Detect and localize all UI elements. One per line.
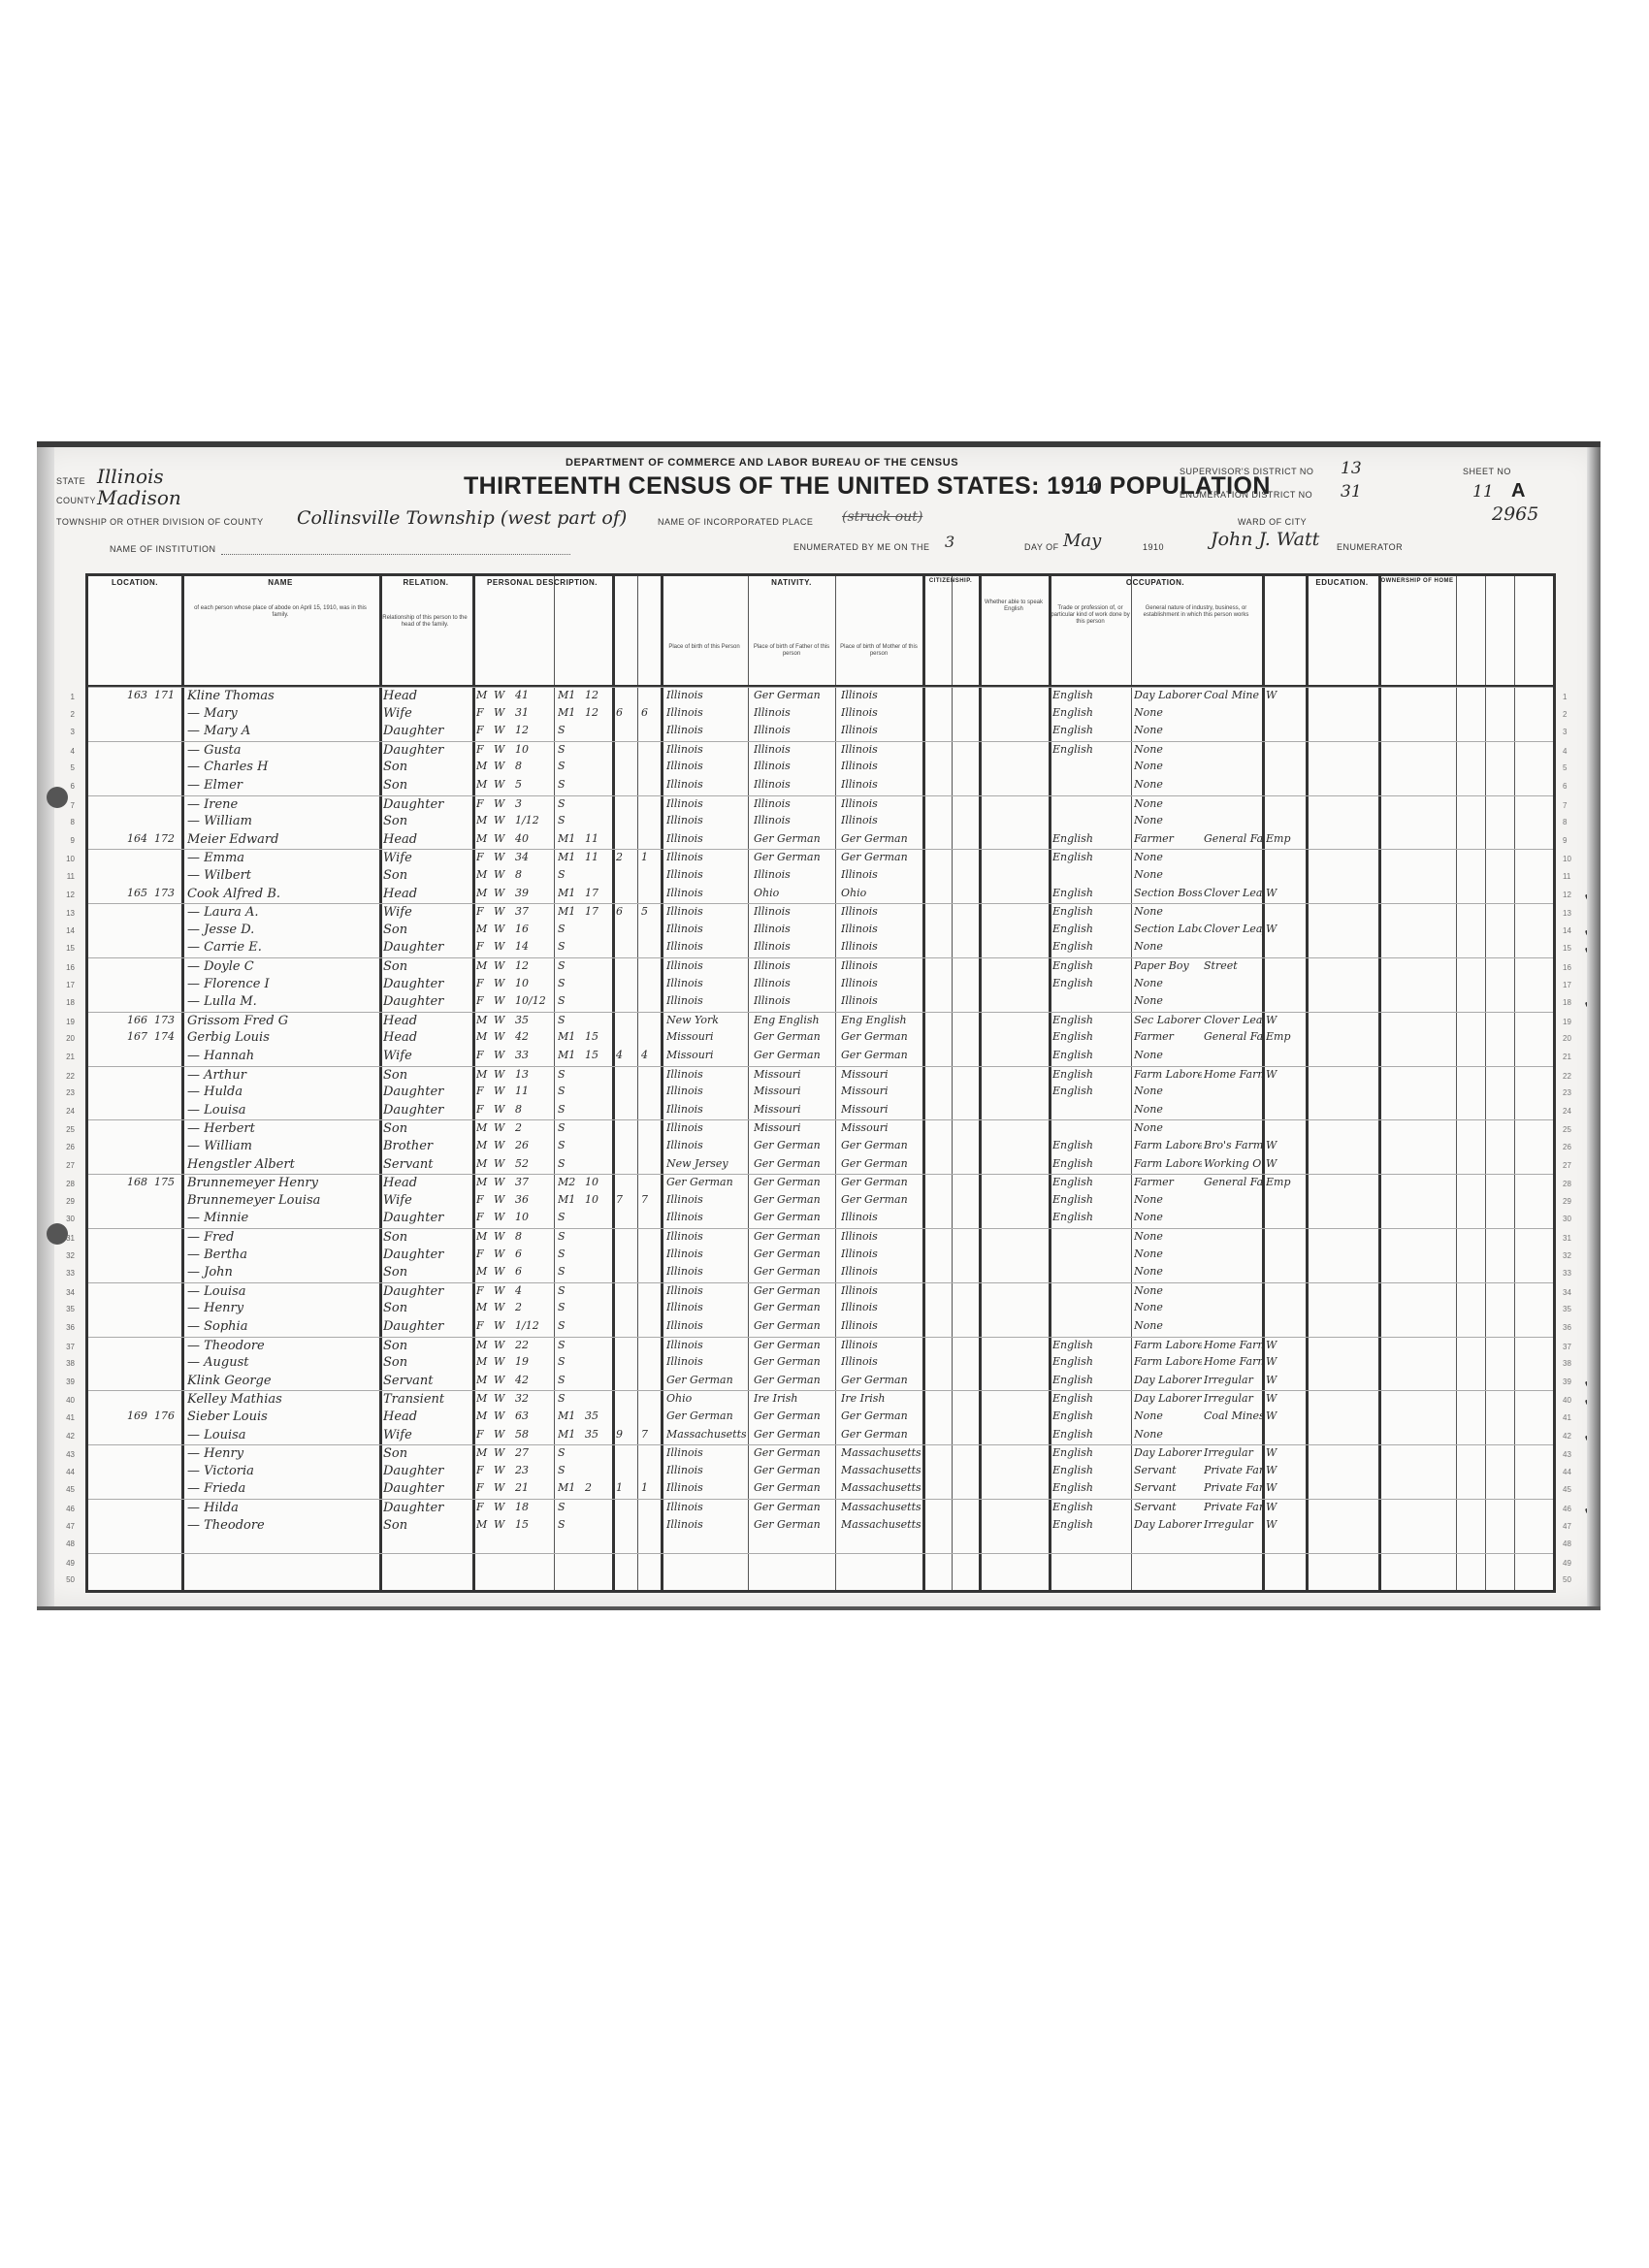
line-number: 48 xyxy=(48,1539,75,1548)
birth-father-header: Place of birth of Father of this person xyxy=(750,644,833,658)
industry-emp: W xyxy=(1266,689,1305,701)
line-number: 1 xyxy=(48,693,75,701)
sheet-label: Sheet No xyxy=(1463,467,1511,476)
birthplace-father: Ger German xyxy=(754,1481,833,1494)
group-personal: PERSONAL DESCRIPTION. xyxy=(472,578,612,587)
line-number: 17 xyxy=(48,981,75,989)
sex: M xyxy=(476,689,492,701)
line-number-right: 36 xyxy=(1563,1323,1582,1332)
line-number-right: 8 xyxy=(1563,818,1582,826)
age: 31 xyxy=(515,706,552,719)
marital-status: S xyxy=(558,923,581,935)
industry-emp: W xyxy=(1266,1139,1305,1151)
age: 13 xyxy=(515,1068,552,1081)
person-name: Grissom Fred G xyxy=(187,1014,377,1028)
enumerated-label: Enumerated by me on the xyxy=(793,542,930,552)
census-sheet: State Illinois County Madison Township o… xyxy=(37,441,1600,1610)
birthplace-mother: Illinois xyxy=(841,814,921,826)
day-of-label: day of xyxy=(1024,542,1059,552)
birthplace-person: Illinois xyxy=(666,1265,746,1278)
age: 10/12 xyxy=(515,994,552,1007)
race: W xyxy=(494,1014,509,1026)
years-married: 10 xyxy=(585,1193,610,1206)
relation: Head xyxy=(383,689,470,703)
dwelling-number: 167 xyxy=(127,1030,152,1043)
line-number-right: 37 xyxy=(1563,1343,1582,1351)
birthplace-father: Ger German xyxy=(754,1319,833,1332)
line-number: 32 xyxy=(48,1251,75,1260)
state-label: State xyxy=(56,476,85,486)
birthplace-mother: Ger German xyxy=(841,1176,921,1188)
line-number: 23 xyxy=(48,1088,75,1097)
marital-status: S xyxy=(558,1374,581,1386)
language: English xyxy=(1052,977,1130,989)
age: 39 xyxy=(515,887,552,899)
industry: Private Family xyxy=(1204,1501,1262,1513)
age: 8 xyxy=(515,1103,552,1116)
table-row: 37 — Theodore Son M W 22 S Illinois Ger … xyxy=(88,1337,1553,1356)
line-number: 26 xyxy=(48,1143,75,1151)
years-married: 11 xyxy=(585,851,610,863)
sex: M xyxy=(476,1014,492,1026)
race: W xyxy=(494,1103,509,1116)
table-row: 49 49 xyxy=(88,1553,1553,1572)
trade: None xyxy=(1134,1121,1202,1134)
table-row: 19 166 173 Grissom Fred G Head M W 35 S … xyxy=(88,1012,1553,1031)
person-name: — Louisa xyxy=(187,1284,377,1299)
race: W xyxy=(494,887,509,899)
line-number-right: 32 xyxy=(1563,1251,1582,1260)
marital-status: S xyxy=(558,724,581,736)
trade: None xyxy=(1134,1265,1202,1278)
race: W xyxy=(494,851,509,863)
race: W xyxy=(494,905,509,918)
age: 11 xyxy=(515,1085,552,1097)
birthplace-mother: Illinois xyxy=(841,1355,921,1368)
age: 41 xyxy=(515,689,552,701)
person-name: — Mary xyxy=(187,706,377,721)
birthplace-father: Illinois xyxy=(754,760,833,772)
person-name: — Herbert xyxy=(187,1121,377,1136)
birthplace-father: Missouri xyxy=(754,1103,833,1116)
marital-status: S xyxy=(558,977,581,989)
department-title: DEPARTMENT OF COMMERCE AND LABOR BUREAU … xyxy=(566,457,958,469)
table-row: 48 48 xyxy=(88,1535,1553,1553)
birthplace-mother: Ger German xyxy=(841,1409,921,1422)
table-row: 45 — Frieda Daughter F W 21 M1 2 1 1 Ill… xyxy=(88,1480,1553,1499)
trade: Day Laborer xyxy=(1134,689,1202,701)
birthplace-mother: Illinois xyxy=(841,905,921,918)
birthplace-father: Ger German xyxy=(754,1409,833,1422)
sex: F xyxy=(476,797,492,810)
table-row: 23 — Hulda Daughter F W 11 S Illinois Mi… xyxy=(88,1084,1553,1102)
trade: Farmer xyxy=(1134,832,1202,845)
children-born: 1 xyxy=(616,1481,635,1494)
birthplace-father: Missouri xyxy=(754,1121,833,1134)
dwelling-number: 168 xyxy=(127,1176,152,1188)
dwelling-number: 166 xyxy=(127,1014,152,1026)
line-number-right: 47 xyxy=(1563,1522,1582,1531)
line-number-right: 38 xyxy=(1563,1359,1582,1368)
industry: Irregular xyxy=(1204,1374,1262,1386)
language: English xyxy=(1052,1501,1130,1513)
children-living: 6 xyxy=(641,706,659,719)
race: W xyxy=(494,778,509,791)
census-title: THIRTEENTH CENSUS OF THE UNITED STATES: … xyxy=(464,472,1271,501)
age: 1/12 xyxy=(515,1319,552,1332)
years-married: 12 xyxy=(585,689,610,701)
line-number-right: 13 xyxy=(1563,909,1582,918)
birthplace-father: Illinois xyxy=(754,797,833,810)
children-living: 1 xyxy=(641,1481,659,1494)
race: W xyxy=(494,959,509,972)
industry-emp: W xyxy=(1266,1446,1305,1459)
sex: F xyxy=(476,1501,492,1513)
age: 6 xyxy=(515,1265,552,1278)
table-row: 21 — Hannah Wife F W 33 M1 15 4 4 Missou… xyxy=(88,1048,1553,1066)
line-number-right: 44 xyxy=(1563,1468,1582,1476)
sex: M xyxy=(476,868,492,881)
relation: Wife xyxy=(383,1193,470,1208)
age: 4 xyxy=(515,1284,552,1297)
language: English xyxy=(1052,1339,1130,1351)
sex: M xyxy=(476,1446,492,1459)
relation: Head xyxy=(383,1030,470,1045)
trade: None xyxy=(1134,1247,1202,1260)
industry-emp: W xyxy=(1266,1355,1305,1368)
person-name: — Laura A. xyxy=(187,905,377,920)
line-number: 16 xyxy=(48,963,75,972)
marital-status: M1 xyxy=(558,706,581,719)
trade: None xyxy=(1134,1428,1202,1441)
marital-status: S xyxy=(558,1211,581,1223)
table-row: 34 — Louisa Daughter F W 4 S Illinois Ge… xyxy=(88,1282,1553,1302)
birthplace-person: Illinois xyxy=(666,1339,746,1351)
birthplace-father: Ger German xyxy=(754,1230,833,1243)
age: 2 xyxy=(515,1301,552,1313)
birthplace-mother: Massachusetts xyxy=(841,1446,921,1459)
line-number: 50 xyxy=(48,1575,75,1584)
group-nativity: NATIVITY. xyxy=(661,578,922,587)
person-name: Gerbig Louis xyxy=(187,1030,377,1045)
race: W xyxy=(494,940,509,953)
relation: Head xyxy=(383,832,470,847)
sex: M xyxy=(476,814,492,826)
group-occupation: OCCUPATION. xyxy=(1049,578,1262,587)
years-married: 15 xyxy=(585,1030,610,1043)
line-number: 2 xyxy=(48,710,75,719)
trade: Day Laborer xyxy=(1134,1392,1202,1405)
sex: M xyxy=(476,959,492,972)
birthplace-mother: Illinois xyxy=(841,977,921,989)
birthplace-person: Illinois xyxy=(666,1284,746,1297)
sex: M xyxy=(476,760,492,772)
trade: None xyxy=(1134,868,1202,881)
age: 8 xyxy=(515,868,552,881)
ward-label: Ward of city xyxy=(1238,517,1307,527)
person-name: Meier Edward xyxy=(187,832,377,847)
line-number: 6 xyxy=(48,782,75,791)
marital-status: S xyxy=(558,1230,581,1243)
birthplace-person: Illinois xyxy=(666,1068,746,1081)
birthplace-mother: Illinois xyxy=(841,1230,921,1243)
industry: Coal Mine xyxy=(1204,689,1262,701)
person-name: — William xyxy=(187,814,377,828)
relation: Daughter xyxy=(383,977,470,991)
marital-status: M1 xyxy=(558,689,581,701)
sex: F xyxy=(476,1049,492,1061)
census-table: LOCATION. NAME RELATION. PERSONAL DESCRI… xyxy=(85,573,1556,1593)
age: 52 xyxy=(515,1157,552,1170)
table-row: 27 Hengstler Albert Servant M W 52 S New… xyxy=(88,1156,1553,1175)
line-number-right: 35 xyxy=(1563,1305,1582,1313)
age: 21 xyxy=(515,1481,552,1494)
industry-emp: W xyxy=(1266,1068,1305,1081)
line-number-right: 30 xyxy=(1563,1215,1582,1223)
birthplace-father: Ger German xyxy=(754,1139,833,1151)
race: W xyxy=(494,1464,509,1476)
birthplace-person: Illinois xyxy=(666,1139,746,1151)
industry: Irregular xyxy=(1204,1446,1262,1459)
race: W xyxy=(494,1139,509,1151)
trade: Day Laborer xyxy=(1134,1446,1202,1459)
marital-status: S xyxy=(558,940,581,953)
birthplace-father: Ger German xyxy=(754,1176,833,1188)
line-number-right: 41 xyxy=(1563,1413,1582,1422)
relation: Head xyxy=(383,887,470,901)
relation: Daughter xyxy=(383,1247,470,1262)
marital-status: M1 xyxy=(558,887,581,899)
language: English xyxy=(1052,1355,1130,1368)
relation: Son xyxy=(383,1265,470,1280)
relation: Son xyxy=(383,868,470,883)
line-number-right: 7 xyxy=(1563,801,1582,810)
language: English xyxy=(1052,887,1130,899)
race: W xyxy=(494,1085,509,1097)
birthplace-mother: Illinois xyxy=(841,1211,921,1223)
line-number: 41 xyxy=(48,1413,75,1422)
birthplace-father: Illinois xyxy=(754,959,833,972)
language: English xyxy=(1052,959,1130,972)
birthplace-mother: Illinois xyxy=(841,940,921,953)
line-number: 33 xyxy=(48,1269,75,1278)
county-label: County xyxy=(56,496,96,505)
person-name: — Bertha xyxy=(187,1247,377,1262)
line-number-right: 29 xyxy=(1563,1197,1582,1206)
age: 6 xyxy=(515,1247,552,1260)
trade: None xyxy=(1134,1211,1202,1223)
line-number-right: 11 xyxy=(1563,872,1582,881)
table-row: 13 — Laura A. Wife F W 37 M1 17 6 5 Illi… xyxy=(88,903,1553,923)
trade: None xyxy=(1134,778,1202,791)
industry: Home Farm xyxy=(1204,1339,1262,1351)
language: English xyxy=(1052,1392,1130,1405)
person-name: — Doyle C xyxy=(187,959,377,974)
sex: M xyxy=(476,1374,492,1386)
sex: F xyxy=(476,706,492,719)
birthplace-father: Ger German xyxy=(754,1211,833,1223)
language: English xyxy=(1052,1139,1130,1151)
birthplace-mother: Illinois xyxy=(841,923,921,935)
birthplace-father: Illinois xyxy=(754,778,833,791)
birthplace-person: Illinois xyxy=(666,724,746,736)
birthplace-father: Ger German xyxy=(754,1339,833,1351)
age: 32 xyxy=(515,1392,552,1405)
marital-status: S xyxy=(558,1301,581,1313)
enumerated-day: 3 xyxy=(945,533,954,551)
sex: F xyxy=(476,1284,492,1297)
birthplace-father: Illinois xyxy=(754,743,833,756)
enumerator-label: Enumerator xyxy=(1337,542,1403,552)
industry-emp: W xyxy=(1266,1518,1305,1531)
table-row: 6 — Elmer Son M W 5 S Illinois Illinois … xyxy=(88,777,1553,795)
relation: Daughter xyxy=(383,994,470,1009)
line-number-right: 23 xyxy=(1563,1088,1582,1097)
trade: None xyxy=(1134,1103,1202,1116)
industry-emp: W xyxy=(1266,1501,1305,1513)
trade: Farm Laborer xyxy=(1134,1157,1202,1170)
birthplace-mother: Illinois xyxy=(841,1339,921,1351)
trade: Farm Laborer xyxy=(1134,1139,1202,1151)
table-row: 4 — Gusta Daughter F W 10 S Illinois Ill… xyxy=(88,741,1553,761)
trade: Farm Laborer xyxy=(1134,1355,1202,1368)
birthplace-mother: Illinois xyxy=(841,959,921,972)
industry-emp: W xyxy=(1266,1409,1305,1422)
years-married: 35 xyxy=(585,1409,610,1422)
birthplace-father: Ger German xyxy=(754,1355,833,1368)
race: W xyxy=(494,1176,509,1188)
table-row: 43 — Henry Son M W 27 S Illinois Ger Ger… xyxy=(88,1444,1553,1464)
language: English xyxy=(1052,851,1130,863)
children-living: 7 xyxy=(641,1193,659,1206)
birthplace-mother: Missouri xyxy=(841,1068,921,1081)
age: 8 xyxy=(515,760,552,772)
relation: Son xyxy=(383,959,470,974)
sex: M xyxy=(476,1518,492,1531)
sex: F xyxy=(476,1481,492,1494)
line-number: 25 xyxy=(48,1125,75,1134)
language: English xyxy=(1052,832,1130,845)
birthplace-person: Illinois xyxy=(666,797,746,810)
group-citizenship: CITIZENSHIP. xyxy=(922,578,979,584)
relation: Son xyxy=(383,778,470,793)
line-number-right: 42 xyxy=(1563,1432,1582,1441)
table-row: 26 — William Brother M W 26 S Illinois G… xyxy=(88,1138,1553,1156)
line-number: 49 xyxy=(48,1559,75,1568)
birthplace-mother: Ger German xyxy=(841,1374,921,1386)
race: W xyxy=(494,977,509,989)
sex: F xyxy=(476,977,492,989)
sex: F xyxy=(476,1428,492,1441)
race: W xyxy=(494,760,509,772)
line-number: 27 xyxy=(48,1161,75,1170)
industry-emp: W xyxy=(1266,1392,1305,1405)
line-number-right: 45 xyxy=(1563,1485,1582,1494)
industry: Bro's Farm xyxy=(1204,1139,1262,1151)
age: 35 xyxy=(515,1014,552,1026)
township-value: Collinsville Township (west part of) xyxy=(297,507,627,529)
race: W xyxy=(494,1518,509,1531)
birthplace-mother: Illinois xyxy=(841,743,921,756)
birthplace-person: Illinois xyxy=(666,760,746,772)
line-number-right: 40 xyxy=(1563,1396,1582,1405)
enumerated-month: May xyxy=(1063,531,1101,551)
sex: M xyxy=(476,1392,492,1405)
birth-mother-header: Place of birth of Mother of this person xyxy=(837,644,921,658)
birthplace-father: Ger German xyxy=(754,1428,833,1441)
relation: Daughter xyxy=(383,1284,470,1299)
industry-header: General nature of industry, business, or… xyxy=(1133,605,1259,619)
age: 18 xyxy=(515,1501,552,1513)
birthplace-father: Illinois xyxy=(754,706,833,719)
line-number-right: 21 xyxy=(1563,1053,1582,1061)
age: 14 xyxy=(515,940,552,953)
industry: General Farm xyxy=(1204,1176,1262,1188)
birthplace-mother: Ger German xyxy=(841,832,921,845)
industry: Working Out xyxy=(1204,1157,1262,1170)
sex: M xyxy=(476,832,492,845)
relation: Son xyxy=(383,1121,470,1136)
line-number-right: 24 xyxy=(1563,1107,1582,1116)
group-ownership: OWNERSHIP OF HOME xyxy=(1378,578,1456,584)
age: 12 xyxy=(515,959,552,972)
sex: M xyxy=(476,1157,492,1170)
table-row: 28 168 175 Brunnemeyer Henry Head M W 37… xyxy=(88,1174,1553,1193)
relation: Transient xyxy=(383,1392,470,1407)
line-number-right: 6 xyxy=(1563,782,1582,791)
birthplace-person: Illinois xyxy=(666,1481,746,1494)
language: English xyxy=(1052,1157,1130,1170)
table-row: 10 — Emma Wife F W 34 M1 11 2 1 Illinois… xyxy=(88,849,1553,868)
table-row: 33 — John Son M W 6 S Illinois Ger Germa… xyxy=(88,1264,1553,1282)
birthplace-mother: Illinois xyxy=(841,706,921,719)
industry: Coal Mines xyxy=(1204,1409,1262,1422)
marital-status: S xyxy=(558,1464,581,1476)
sex: M xyxy=(476,1355,492,1368)
line-number-right: 46 xyxy=(1563,1505,1582,1513)
birthplace-father: Ger German xyxy=(754,1157,833,1170)
sex: M xyxy=(476,1121,492,1134)
marital-status: M1 xyxy=(558,832,581,845)
trade: None xyxy=(1134,1284,1202,1297)
age: 8 xyxy=(515,1230,552,1243)
person-name: — Lulla M. xyxy=(187,994,377,1009)
birthplace-person: Illinois xyxy=(666,1319,746,1332)
birthplace-mother: Missouri xyxy=(841,1085,921,1097)
relation: Daughter xyxy=(383,1211,470,1225)
birthplace-person: Ohio xyxy=(666,1392,746,1405)
table-row: 25 — Herbert Son M W 2 S Illinois Missou… xyxy=(88,1119,1553,1139)
birthplace-person: Illinois xyxy=(666,959,746,972)
trade: Farmer xyxy=(1134,1030,1202,1043)
marital-status: S xyxy=(558,994,581,1007)
relation: Son xyxy=(383,923,470,937)
trade: None xyxy=(1134,1301,1202,1313)
age: 40 xyxy=(515,832,552,845)
relation: Head xyxy=(383,1409,470,1424)
line-number-right: 17 xyxy=(1563,981,1582,989)
table-row: 2 — Mary Wife F W 31 M1 12 6 6 Illinois … xyxy=(88,705,1553,724)
trade: Section Boss xyxy=(1134,887,1202,899)
institution-line xyxy=(221,554,570,555)
line-number-right: 39 xyxy=(1563,1377,1582,1386)
race: W xyxy=(494,923,509,935)
trade: None xyxy=(1134,743,1202,756)
marital-status: S xyxy=(558,814,581,826)
sex: F xyxy=(476,1319,492,1332)
marital-status: S xyxy=(558,1121,581,1134)
line-number-right: 20 xyxy=(1563,1034,1582,1043)
